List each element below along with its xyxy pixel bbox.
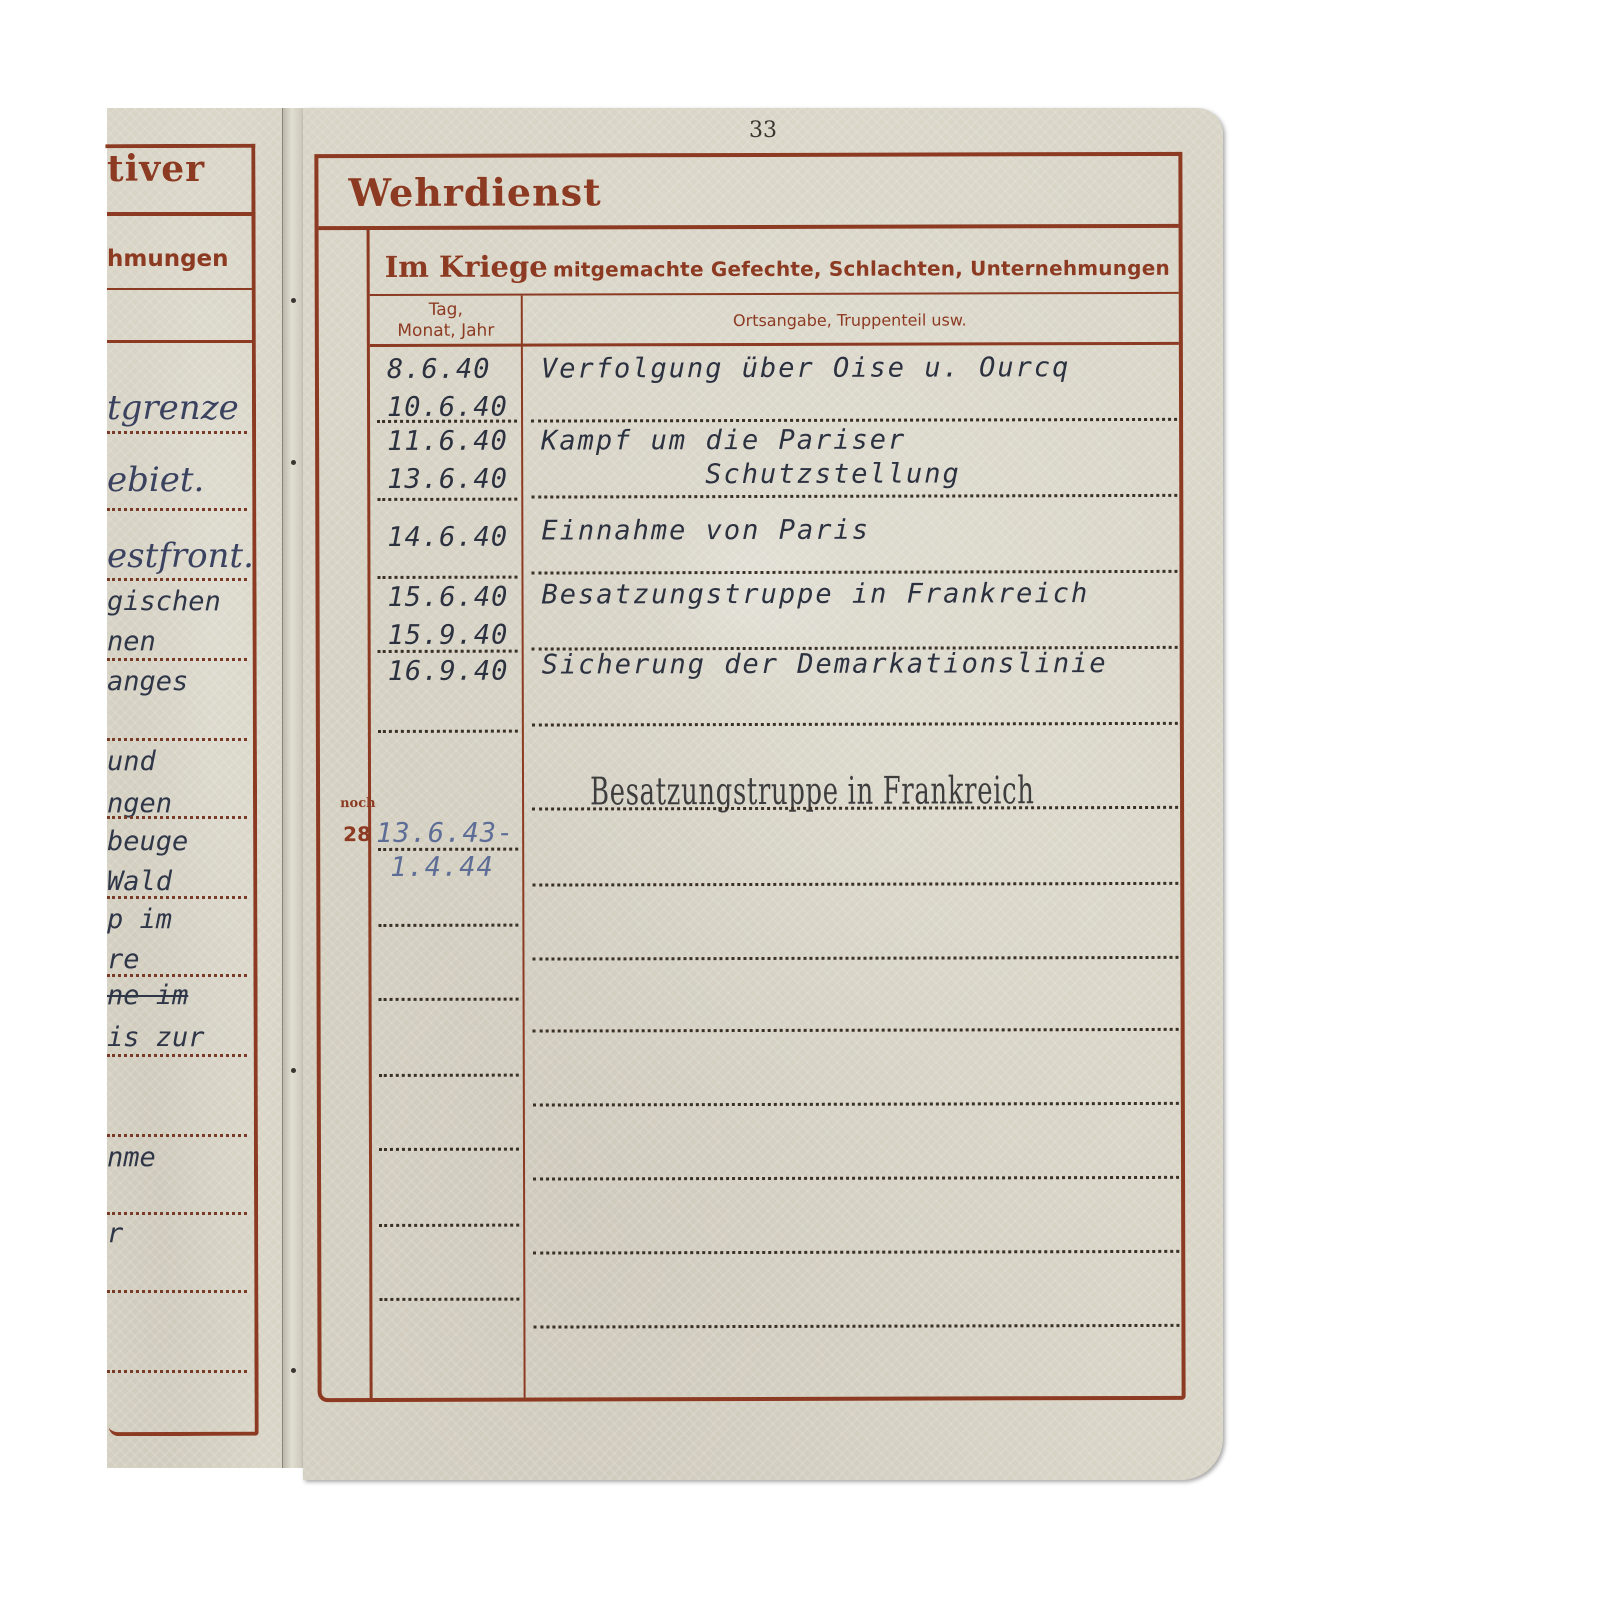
dotted-rule	[533, 1028, 1179, 1033]
entry-date-from: 8.6.40	[387, 354, 527, 385]
dotted-rule	[107, 1370, 247, 1373]
handwritten-line: und	[107, 746, 252, 777]
dotted-rule	[532, 722, 1178, 727]
dotted-rule	[378, 650, 518, 653]
dotted-rule	[107, 1212, 247, 1215]
dotted-rule	[377, 576, 517, 579]
stitch-hole	[291, 298, 296, 303]
dotted-rule	[533, 1176, 1179, 1181]
entry-text: Kampf um die Pariser	[541, 425, 906, 457]
divider	[107, 340, 253, 343]
stamp-date-from: 13.6.43-	[376, 818, 516, 849]
handwritten-line: beuge	[107, 826, 252, 857]
stitch-hole	[291, 460, 296, 465]
dotted-rule	[377, 498, 517, 501]
dotted-rule	[378, 848, 518, 851]
previous-page-title: tiver	[107, 148, 227, 190]
dotted-rule	[531, 494, 1177, 499]
column-header-place: Ortsangabe, Truppenteil usw.	[523, 310, 1177, 331]
handwritten-line-struck: ne im	[107, 980, 252, 1011]
handwritten-line: is zur	[107, 1022, 252, 1053]
page-title: Wehrdienst	[348, 169, 601, 215]
dotted-rule	[379, 1148, 519, 1151]
handwritten-line: p im	[107, 904, 252, 935]
column-header-date-line2: Monat, Jahr	[371, 321, 521, 342]
dotted-rule	[107, 508, 247, 511]
dotted-rule	[532, 956, 1178, 961]
entry-text: Besatzungstruppe in Frankreich	[541, 578, 1089, 610]
stitch-hole	[291, 1068, 296, 1073]
handwritten-line: nen	[107, 626, 252, 657]
dotted-rule	[533, 1324, 1179, 1329]
page-number: 33	[743, 118, 783, 143]
handwritten-line: anges	[107, 666, 252, 697]
dotted-rule	[531, 570, 1177, 575]
dotted-rule	[379, 998, 519, 1001]
previous-page-subheading: hmungen	[107, 246, 229, 272]
dotted-rule	[107, 431, 247, 434]
handwritten-text: ne im	[107, 980, 188, 1011]
column-header-date-line1: Tag,	[371, 300, 521, 321]
stamp-date-to: 1.4.44	[390, 852, 530, 883]
section-heading: Im Kriege mitgemachte Gefechte, Schlacht…	[385, 248, 1170, 284]
dotted-rule	[532, 882, 1178, 887]
dotted-rule	[377, 420, 517, 423]
divider	[107, 288, 253, 290]
handwritten-line: estfront.	[107, 536, 252, 576]
stitch-hole	[291, 1368, 296, 1373]
dotted-rule	[107, 974, 247, 977]
form-frame: Wehrdienst Im Kriege mitgemachte Gefecht…	[314, 152, 1185, 1402]
dotted-rule	[533, 1102, 1179, 1107]
divider	[370, 292, 1179, 296]
handwritten-line: Wald	[107, 866, 252, 897]
dotted-rule	[531, 418, 1177, 423]
column-divider	[521, 296, 526, 1398]
entry-date-to: 15.9.40	[388, 620, 528, 651]
continuation-reference-number: 28	[343, 822, 371, 846]
entry-text-continuation: Schutzstellung	[705, 458, 961, 490]
handwritten-line: ngen	[107, 788, 252, 819]
entry-date-from: 14.6.40	[387, 522, 527, 553]
handwritten-line: nme	[107, 1142, 252, 1173]
dotted-rule	[107, 578, 247, 581]
dotted-rule	[533, 1250, 1179, 1255]
dotted-rule	[378, 730, 518, 733]
handwritten-line: ebiet.	[107, 460, 252, 500]
section-heading-rest: mitgemachte Gefechte, Schlachten, Untern…	[553, 256, 1170, 282]
handwritten-line: gischen	[107, 586, 252, 617]
handwritten-line: r	[107, 1218, 252, 1249]
entry-date-from: 16.9.40	[388, 656, 528, 687]
dotted-rule	[107, 658, 247, 661]
entry-date-from: 11.6.40	[387, 426, 527, 457]
entry-text: Sicherung der Demarkationslinie	[542, 648, 1108, 680]
book-spine	[282, 108, 305, 1468]
continuation-label: noch	[340, 796, 376, 811]
dotted-rule	[378, 924, 518, 927]
dotted-rule	[107, 1054, 247, 1057]
document-page: 33 Wehrdienst Im Kriege mitgemachte Gefe…	[303, 108, 1223, 1480]
dotted-rule	[107, 896, 247, 899]
margin-column-rule	[367, 230, 373, 1398]
dotted-rule	[107, 1290, 247, 1293]
handwritten-line: re	[107, 944, 252, 975]
dotted-rule	[107, 1134, 247, 1137]
divider	[370, 342, 1179, 347]
previous-page-fragment: tiver hmungen tgrenze ebiet. estfront. g…	[107, 108, 283, 1468]
entry-text: Verfolgung über Oise u. Ourcq	[541, 352, 1070, 384]
divider	[107, 212, 253, 216]
dotted-rule	[107, 738, 247, 741]
entry-date-to: 10.6.40	[387, 392, 527, 423]
section-heading-bold: Im Kriege	[385, 250, 548, 284]
dotted-rule	[379, 1298, 519, 1301]
dotted-rule	[379, 1074, 519, 1077]
divider	[319, 224, 1179, 230]
entry-date-from: 15.6.40	[387, 582, 527, 613]
dotted-rule	[107, 816, 247, 819]
handwritten-line: tgrenze	[107, 388, 252, 428]
column-header-date: Tag, Monat, Jahr	[371, 300, 521, 342]
entry-date-to: 13.6.40	[387, 464, 527, 495]
dotted-rule	[379, 1224, 519, 1227]
entry-text: Einnahme von Paris	[541, 515, 870, 547]
